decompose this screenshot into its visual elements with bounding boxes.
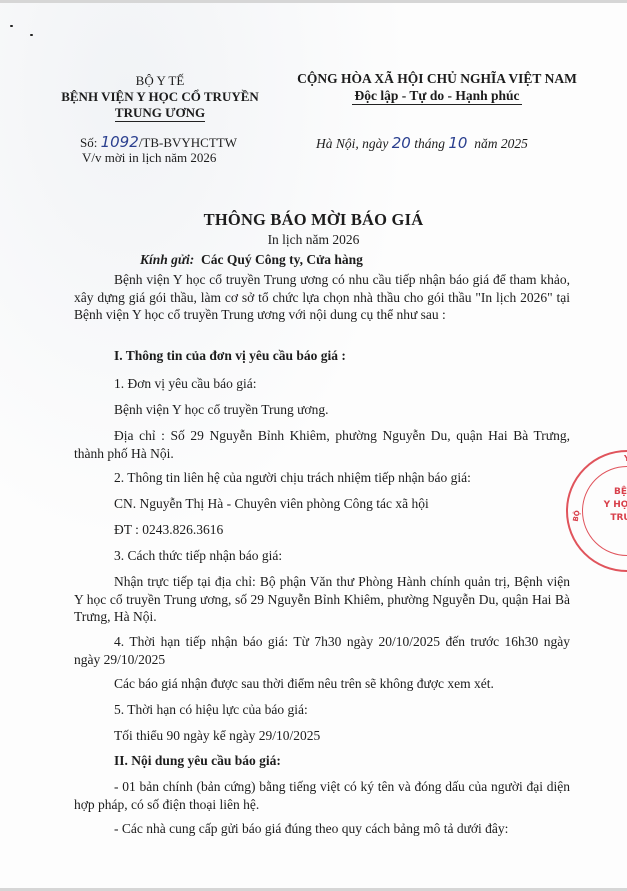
section1-heading: I. Thông tin của đơn vị yêu cầu báo giá … xyxy=(74,347,570,365)
contact-person: CN. Nguyễn Thị Hà - Chuyên viên phòng Cô… xyxy=(74,495,570,513)
item5-label: 5. Thời hạn có hiệu lực của báo giá: xyxy=(74,701,570,719)
recipient-value: Các Quý Công ty, Cửa hàng xyxy=(201,252,363,267)
item2-label: 2. Thông tin liên hệ của người chịu trác… xyxy=(74,469,570,487)
national-motto: Độc lập - Tự do - Hạnh phúc xyxy=(352,87,521,105)
item5-value: Tối thiểu 90 ngày kể ngày 29/10/2025 xyxy=(74,727,570,745)
address: Địa chỉ : Số 29 Nguyễn Bỉnh Khiêm, phườn… xyxy=(74,427,570,462)
issuer-header: BỘ Y TẾ BỆNH VIỆN Y HỌC CỔ TRUYỀN TRUNG … xyxy=(40,73,280,122)
item1-label: 1. Đơn vị yêu cầu báo giá: xyxy=(74,375,570,393)
item3-label: 3. Cách thức tiếp nhận báo giá: xyxy=(74,547,570,565)
org-name-line2: TRUNG ƯƠNG xyxy=(115,105,205,122)
handwritten-day: 20 xyxy=(392,134,411,152)
item3-value: Nhận trực tiếp tại địa chỉ: Bộ phận Văn … xyxy=(74,573,570,626)
requirement-bullet-1: - 01 bản chính (bản cứng) bằng tiếng việ… xyxy=(74,778,570,813)
item1-value: Bệnh viện Y học cổ truyền Trung ương. xyxy=(74,401,570,419)
red-seal-stamp: Y BỘ BỆNH Y HỌC CỔ TRUNG xyxy=(566,450,627,572)
document-number: Số: 1092/TB-BVYHCTTW xyxy=(80,134,237,151)
item4-note: Các báo giá nhận được sau thời điểm nêu … xyxy=(74,675,570,693)
phone: ĐT : 0243.826.3616 xyxy=(74,521,570,539)
document-subtitle: In lịch năm 2026 xyxy=(0,232,627,248)
recipient-line: Kính gửi: Các Quý Công ty, Cửa hàng xyxy=(140,252,363,268)
date-line: Hà Nội, ngày 20 tháng 10 năm 2025 xyxy=(316,134,528,152)
requirement-bullet-2: - Các nhà cung cấp gửi báo giá đúng theo… xyxy=(74,820,570,838)
ministry-name: BỘ Y TẾ xyxy=(40,73,280,89)
document-subject: V/v mời in lịch năm 2026 xyxy=(82,150,216,166)
handwritten-month: 10 xyxy=(448,134,467,152)
document-title: THÔNG BÁO MỜI BÁO GIÁ xyxy=(0,210,627,230)
recipient-label: Kính gửi: xyxy=(140,252,194,267)
section2-heading: II. Nội dung yêu cầu báo giá: xyxy=(74,752,570,770)
item4: 4. Thời hạn tiếp nhận báo giá: Từ 7h30 n… xyxy=(74,633,570,668)
document-page: BỘ Y TẾ BỆNH VIỆN Y HỌC CỔ TRUYỀN TRUNG … xyxy=(0,3,627,888)
org-name-line1: BỆNH VIỆN Y HỌC CỔ TRUYỀN xyxy=(40,89,280,105)
scan-specks xyxy=(10,23,40,43)
national-header: CỘNG HÒA XÃ HỘI CHỦ NGHĨA VIỆT NAM Độc l… xyxy=(262,70,612,105)
country-name: CỘNG HÒA XÃ HỘI CHỦ NGHĨA VIỆT NAM xyxy=(262,70,612,87)
intro-paragraph: Bệnh viện Y học cổ truyền Trung ương có … xyxy=(74,271,570,324)
handwritten-number: 1092 xyxy=(101,133,139,151)
